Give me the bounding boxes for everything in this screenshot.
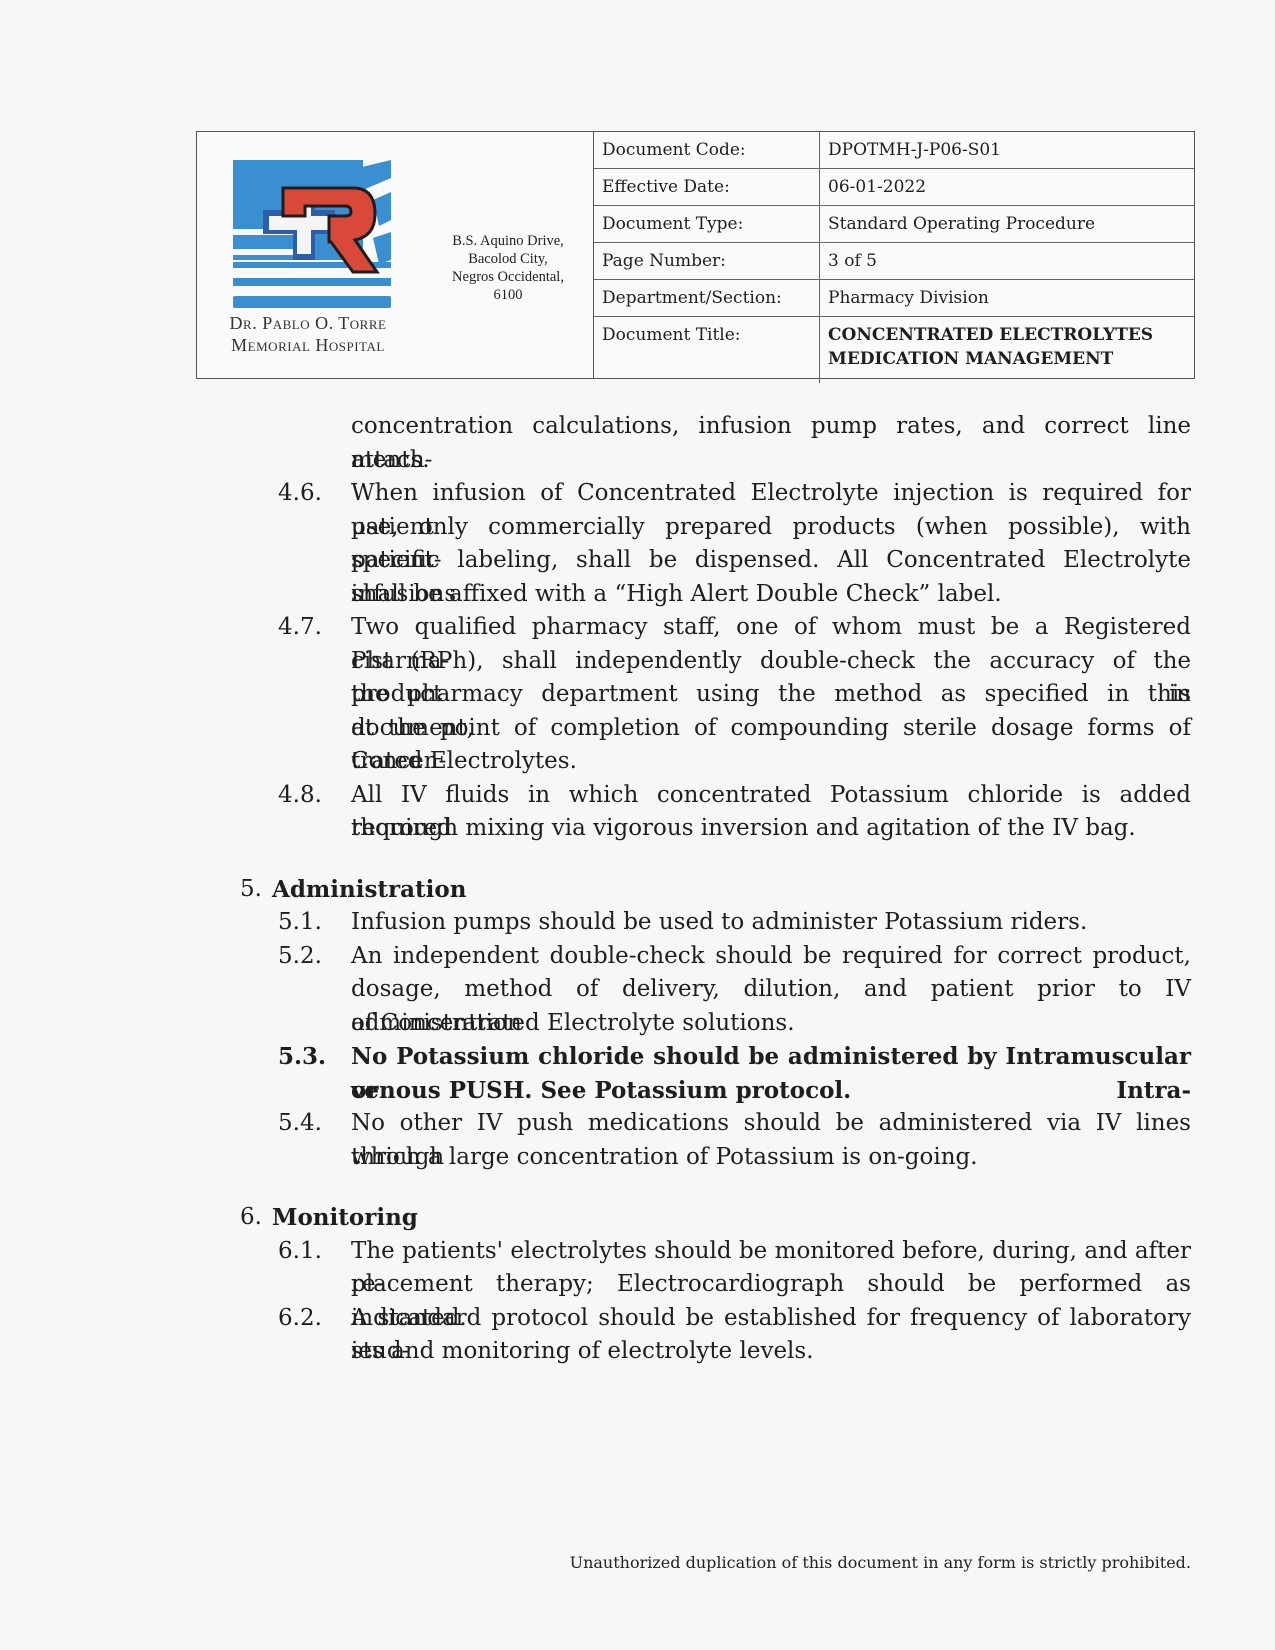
hospital-name: Dr. Pablo O. Torre Memorial Hospital bbox=[197, 312, 419, 356]
meta-value: Pharmacy Division bbox=[820, 280, 1195, 317]
item-text-line: thorough mixing via vigorous inversion a… bbox=[351, 812, 1191, 846]
address-line: Bacolod City, bbox=[415, 250, 601, 268]
meta-label: Document Type: bbox=[594, 206, 820, 243]
hospital-name-line2: Memorial Hospital bbox=[197, 334, 419, 356]
item-number: 4.6. bbox=[278, 477, 322, 511]
item-number: 6.2. bbox=[278, 1302, 322, 1336]
section-title: Monitoring bbox=[272, 1201, 418, 1235]
meta-row-type: Document Type: Standard Operating Proced… bbox=[594, 206, 1194, 243]
meta-row-department: Department/Section: Pharmacy Division bbox=[594, 280, 1194, 317]
item-number: 5.4. bbox=[278, 1107, 322, 1141]
item-text-line: shall be affixed with a “High Alert Doub… bbox=[351, 578, 1191, 612]
item-number: 4.8. bbox=[278, 779, 322, 813]
meta-row-title: Document Title: CONCENTRATED ELECTROLYTE… bbox=[594, 317, 1194, 384]
section-number: 5. bbox=[240, 873, 262, 907]
document-meta-table: Document Code: DPOTMH-J-P06-S01 Effectiv… bbox=[594, 132, 1194, 383]
meta-row-page: Page Number: 3 of 5 bbox=[594, 243, 1194, 280]
meta-label: Effective Date: bbox=[594, 169, 820, 206]
hospital-address: B.S. Aquino Drive, Bacolod City, Negros … bbox=[415, 232, 601, 304]
address-line: B.S. Aquino Drive, bbox=[415, 232, 601, 250]
item-text-line: trated Electrolytes. bbox=[351, 745, 1191, 779]
address-line: Negros Occidental, bbox=[415, 268, 601, 286]
meta-label: Document Title: bbox=[594, 317, 820, 384]
meta-label: Department/Section: bbox=[594, 280, 820, 317]
hospital-logo-icon bbox=[233, 160, 391, 308]
item-number: 4.7. bbox=[278, 611, 322, 645]
continuation-line: ments. bbox=[351, 444, 1191, 478]
meta-value: DPOTMH-J-P06-S01 bbox=[820, 132, 1195, 169]
logo-cell: Dr. Pablo O. Torre Memorial Hospital B.S… bbox=[197, 132, 594, 378]
meta-value: 06-01-2022 bbox=[820, 169, 1195, 206]
meta-value: Standard Operating Procedure bbox=[820, 206, 1195, 243]
meta-label: Document Code: bbox=[594, 132, 820, 169]
footer-notice: Unauthorized duplication of this documen… bbox=[570, 1553, 1191, 1572]
document-title-line1: CONCENTRATED ELECTROLYTES bbox=[828, 323, 1186, 347]
section-title: Administration bbox=[272, 873, 466, 907]
document-header: Dr. Pablo O. Torre Memorial Hospital B.S… bbox=[196, 131, 1195, 379]
item-text-line: An independent double-check should be re… bbox=[351, 940, 1191, 974]
meta-row-date: Effective Date: 06-01-2022 bbox=[594, 169, 1194, 206]
item-number: 5.3. bbox=[278, 1040, 326, 1074]
document-title-line2: MEDICATION MANAGEMENT bbox=[828, 347, 1186, 371]
item-text-line: ies and monitoring of electrolyte levels… bbox=[351, 1335, 1191, 1369]
meta-value: 3 of 5 bbox=[820, 243, 1195, 280]
item-text-line: venous PUSH. See Potassium protocol. bbox=[351, 1074, 1191, 1108]
meta-row-code: Document Code: DPOTMH-J-P06-S01 bbox=[594, 132, 1194, 169]
item-text-line: of Concentrated Electrolyte solutions. bbox=[351, 1007, 1191, 1041]
item-number: 5.1. bbox=[278, 906, 322, 940]
item-text-line: which a large concentration of Potassium… bbox=[351, 1141, 1191, 1175]
hospital-name-line1: Dr. Pablo O. Torre bbox=[197, 312, 419, 334]
document-title: CONCENTRATED ELECTROLYTES MEDICATION MAN… bbox=[820, 317, 1195, 384]
item-text-line: Infusion pumps should be used to adminis… bbox=[351, 906, 1191, 940]
item-number: 6.1. bbox=[278, 1235, 322, 1269]
section-number: 6. bbox=[240, 1201, 262, 1235]
address-line: 6100 bbox=[415, 286, 601, 304]
meta-label: Page Number: bbox=[594, 243, 820, 280]
item-number: 5.2. bbox=[278, 940, 322, 974]
